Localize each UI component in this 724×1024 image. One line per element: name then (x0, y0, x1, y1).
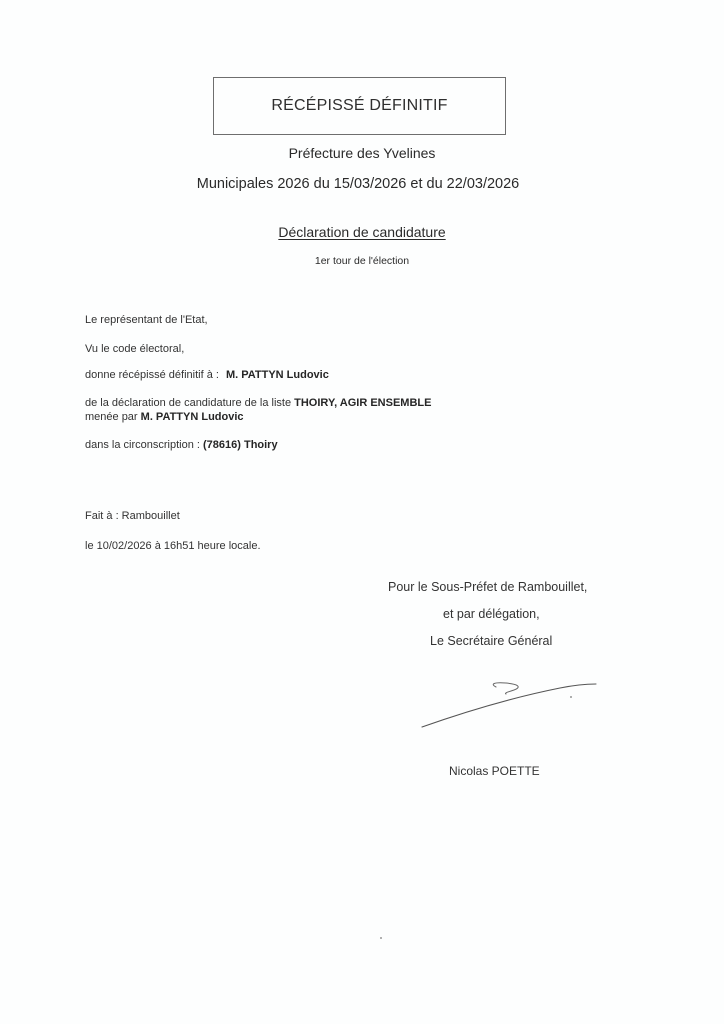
list-name: THOIRY, AGIR ENSEMBLE (294, 397, 431, 409)
document-title: RÉCÉPISSÉ DÉFINITIF (271, 97, 447, 115)
representative-line: Le représentant de l'Etat, (85, 314, 208, 326)
constituency-line: dans la circonscription : (78616) Thoiry (85, 439, 278, 451)
signatory-title-line3: Le Secrétaire Général (430, 634, 552, 648)
constituency-value: (78616) Thoiry (203, 439, 278, 451)
receipt-prefix: donne récépissé définitif à : (85, 369, 222, 381)
signatory-name: Nicolas POETTE (449, 764, 540, 778)
election-round: 1er tour de l'élection (0, 255, 724, 267)
list-line: de la déclaration de candidature de la l… (85, 397, 431, 409)
prefecture-name: Préfecture des Yvelines (0, 145, 724, 161)
leader-line: menée par M. PATTYN Ludovic (85, 411, 244, 423)
signatory-title-line2: et par délégation, (443, 607, 540, 621)
date-line: le 10/02/2026 à 16h51 heure locale. (85, 540, 261, 552)
declaration-heading: Déclaration de candidature (0, 224, 724, 240)
receipt-line: donne récépissé définitif à : M. PATTYN … (85, 369, 329, 381)
scan-speck (380, 937, 382, 939)
leader-prefix: menée par (85, 411, 141, 423)
list-prefix: de la déclaration de candidature de la l… (85, 397, 294, 409)
election-title: Municipales 2026 du 15/03/2026 et du 22/… (0, 176, 720, 192)
place-line: Fait à : Rambouillet (85, 510, 180, 522)
leader-name: M. PATTYN Ludovic (141, 411, 244, 423)
electoral-code-line: Vu le code électoral, (85, 343, 184, 355)
candidate-name: M. PATTYN Ludovic (226, 369, 329, 381)
handwritten-signature (410, 670, 610, 740)
document-title-box: RÉCÉPISSÉ DÉFINITIF (213, 77, 506, 135)
constituency-prefix: dans la circonscription : (85, 439, 203, 451)
signatory-title-line1: Pour le Sous-Préfet de Rambouillet, (388, 580, 587, 594)
